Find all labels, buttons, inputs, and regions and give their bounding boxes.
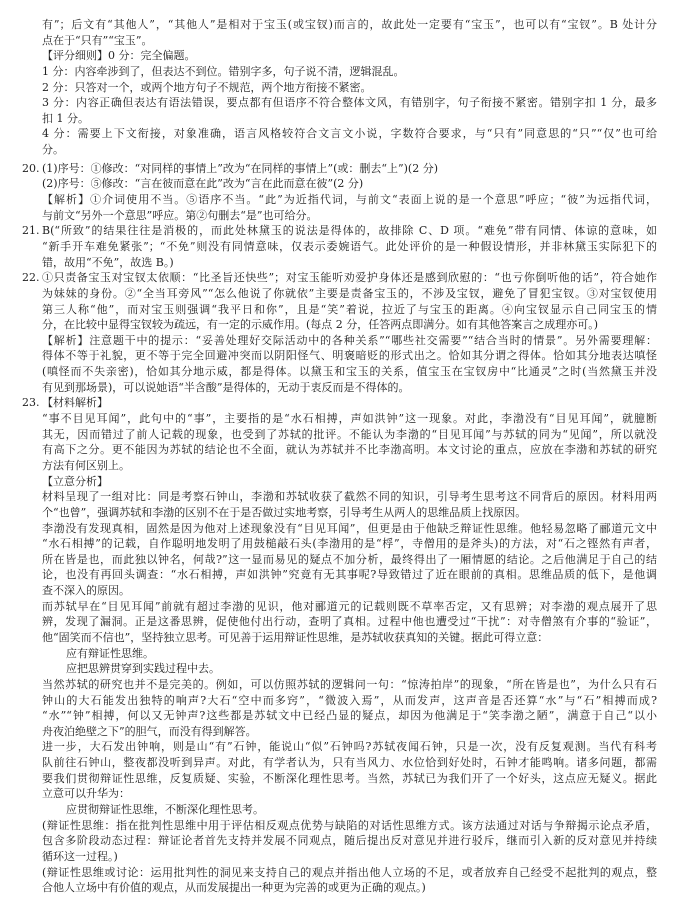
q22-row: 22.①只责备宝玉对宝钗太依顺：“比圣旨还快些”；对宝玉能听劝爱护身体还是感到欣… xyxy=(0,270,657,286)
q23-libo: 论，也没有再回头调查：“水石相搏，声如洪钟”究竟有无其事呢?导致错过了近在眼前的… xyxy=(0,567,657,583)
q23-critique: 当然苏轼的研究也并不是完美的。例如，可以仿照苏轼的逻辑问一句：“惊涛拍岸”的现象… xyxy=(0,677,657,693)
text-line: 所在皆是也，而此独以钟名，何哉?”这一显而易见的疑点不加分析，最终得出了一厢情愿… xyxy=(42,552,657,568)
text-line: 个“也曾”，强调苏轼和李渤的区别不在于是否做过实地考察，引导考生从两人的思维品质… xyxy=(42,505,657,521)
text-line: 有高下之分。更不能因为苏轼的结论也不全面，就认为苏轼并不比李渤高明。本文讨论的重… xyxy=(42,442,657,458)
q22-row: 分，在比较中显得宝钗较为疏远，有一定的示威作用。(每点 2 分，任答两点即满分。… xyxy=(0,317,657,333)
text-line: 立意可以升华为： xyxy=(42,786,657,802)
rubric-row-1: 1 分：内容牵涉到了，但表达不到位。错别字多，句子说不清，逻辑混乱。 xyxy=(0,64,657,80)
q23-note-1: (辩证性思维：指在批判性思维中用于评估相反观点优势与缺陷的对话性思维方式。该方法… xyxy=(0,818,657,834)
rubric-row-4: 分。 xyxy=(0,142,657,158)
rubric-row-3: 扣 1 分。 xyxy=(0,111,657,127)
text-line: 查不深入的原因。 xyxy=(42,583,657,599)
q20-row: (2)序号：⑤修改：“言在彼而意在此”改为“言在此而意在彼”(2 分) xyxy=(0,176,657,192)
text-line: 方法有何区别上。 xyxy=(42,458,657,474)
q20-analysis: 与前文“另外一个意思”呼应。第②句删去“是”也可给分。 xyxy=(0,208,657,224)
q23-sushi: 他“固笑而不信也”，坚持独立思考。可见善于运用辩证性思维，是苏轼收获真知的关键。… xyxy=(0,630,657,646)
text-line: 第三人称“他”，而对宝玉则强调“我平日和你”，且是“笑”着说，拉近了与宝玉的距离… xyxy=(42,302,657,318)
text-line: “水”“钟”相搏，何以又无钟声?这些都是苏轼文中已经凸显的疑点，却因为他满足于“… xyxy=(42,708,657,724)
q23-further: 进一步，大石发出钟响，则是山“有”石钟，能说山“似”石钟吗?苏轼夜闻石钟，只是一… xyxy=(0,739,657,755)
q22-row: 为妹妹的身份。②“全当耳旁风”“怎么他说了你就依”主要是责备宝玉的，不涉及宝钗，… xyxy=(0,286,657,302)
text-line: 要我们贯彻辩证性思维，反复质疑、实验，不断深化理性思考。当然，苏轼已为我们开了一… xyxy=(42,771,657,787)
q23-theme: 【立意分析】 xyxy=(0,474,657,490)
q22-analysis: (嗔怪而不失亲密)，恰如其分地示威，都是得体。以黛玉和宝玉的关系，值宝玉在宝钗房… xyxy=(0,364,657,380)
rubric-score-4: 4 分：需要上下文衔接，对象准确，语言风格较符合文言文小说，字数符合要求，与“只… xyxy=(42,126,657,142)
rubric-title: 【评分细则】 xyxy=(42,49,108,62)
text-line: “水石相搏”的记载，自作聪明地发明了用鼓槌敲石头(李渤用的是“桴”，寺僧用的是斧… xyxy=(42,536,657,552)
rubric-row-2: 2 分：只答对一个，或两个地方句子不规范，两个地方衔接不紧密。 xyxy=(0,80,657,96)
text-line: 当然苏轼的研究也并不是完美的。例如，可以仿照苏轼的逻辑问一句：“惊涛拍岸”的现象… xyxy=(42,677,657,693)
q23-sushi: 而苏轼早在“目见耳闻”前就有超过李渤的见识，他对郦道元的记载则既不草率否定，又有… xyxy=(0,599,657,615)
rubric-score-0: 0 分：完全偏题。 xyxy=(108,49,196,62)
q23-row: 23.【材料解析】 xyxy=(0,395,657,411)
text-line: 队前往石钟山，整夜都没听到异声。对此，有学者认为，只有当风力、水位恰到好处时，石… xyxy=(42,755,657,771)
question-number: 22. xyxy=(22,270,40,286)
q23-contrast: 材料呈现了一组对比：同是考察石钟山，李渤和苏轼收获了截然不同的知识，引导考生思考… xyxy=(0,489,657,505)
q23-libo: “水石相搏”的记载，自作聪明地发明了用鼓槌敲石头(李渤用的是“桴”，寺僧用的是斧… xyxy=(0,536,657,552)
text-line: B(“所致”的结果往往是消极的，而此处林黛玉的说法是得体的，故排除 C、D 项。… xyxy=(42,223,657,239)
text-line: 得体不等于礼貌，更不等于完全回避冲突而以阴阳怪气、明褒暗贬的形式出之。恰如其分谓… xyxy=(42,348,657,364)
rubric-row-3: 3 分：内容正确但表达有语法错误，要点都有但语序不符合整体文风，有错别字，句子衔… xyxy=(0,95,657,111)
section-heading-material: 【材料解析】 xyxy=(42,395,657,411)
text-line: 李渤没有发现真相，固然是因为他对上述现象没有“目见耳闻”，但更是由于他缺乏辩证性… xyxy=(42,521,657,537)
question-number: 23. xyxy=(22,395,40,411)
text-line: 论，也没有再回头调查：“水石相搏，声如洪钟”究竟有无其事呢?导致错过了近在眼前的… xyxy=(42,567,657,583)
q21-row: 21.B(“所致”的结果往往是消极的，而此处林黛玉的说法是得体的，故排除 C、D… xyxy=(0,223,657,239)
note-line: 包含多阶段动态过程：辩证论者首先支持并发展不同观点，随后提出反对意见并进行驳斥，… xyxy=(42,833,657,849)
q23-material: 有高下之分。更不能因为苏轼的结论也不全面，就认为苏轼并不比李渤高明。本文讨论的重… xyxy=(0,442,657,458)
text-line: (嗔怪而不失亲密)，恰如其分地示威，都是得体。以黛玉和宝玉的关系，值宝玉在宝钗房… xyxy=(42,364,657,380)
rubric-score-3: 扣 1 分。 xyxy=(42,111,657,127)
rubric-score-4: 分。 xyxy=(42,142,657,158)
thesis-line: 应把思辨贯穿到实践过程中去。 xyxy=(66,661,657,677)
q19-analysis: 点在于“只有”“宝玉”。 xyxy=(0,33,657,49)
text-line: 为妹妹的身份。②“全当耳旁风”“怎么他说了你就依”主要是责备宝玉的，不涉及宝钗，… xyxy=(42,286,657,302)
q23-further: 立意可以升华为： xyxy=(0,786,657,802)
note-line: (辩证性思维或讨论：运用批判性的洞见来支持自己的观点并指出他人立场的不足，或者放… xyxy=(42,865,657,881)
answer-document-page: 有”；后文有“其他人”，“其他人”是相对于宝玉(或宝钗)而言的，故此处一定要有“… xyxy=(0,0,692,907)
text-line: “事不目见耳闻”，此句中的“事”，主要指的是“水石相搏，声如洪钟”这一现象。对此… xyxy=(42,411,657,427)
text-line: 舟夜泊绝壁之下”的胆气，而没有得到解答。 xyxy=(42,724,657,740)
q22-row: 第三人称“他”，而对宝玉则强调“我平日和你”，且是“笑”着说，拉近了与宝玉的距离… xyxy=(0,302,657,318)
text-line: 【解析】①介词使用不当。⑤语序不当。“此”为近指代词，与前文“表面上说的是一个意… xyxy=(42,192,657,208)
q23-libo: 查不深入的原因。 xyxy=(0,583,657,599)
q23-thesis: 应有辩证性思维。 xyxy=(0,646,657,662)
q22-analysis: 得体不等于礼貌，更不等于完全回避冲突而以阴阳怪气、明褒暗贬的形式出之。恰如其分谓… xyxy=(0,348,657,364)
note-line: 循环这一过程。) xyxy=(42,849,657,865)
text-line: 钟山的大石能发出独特的响声?大石“空中而多窍”，“微波入焉”，从而发声，这声音是… xyxy=(42,693,657,709)
rubric-score-2: 2 分：只答对一个，或两个地方句子不规范，两个地方衔接不紧密。 xyxy=(42,80,657,96)
q21-row: “新手开车难免紧张”；“不免”则没有同情意味，仅表示委婉语气。此处评价的是一种假… xyxy=(0,239,657,255)
text-line: “新手开车难免紧张”；“不免”则没有同情意味，仅表示委婉语气。此处评价的是一种假… xyxy=(42,239,657,255)
q22-analysis: 有见到那场景)，可以说她语“半含酸”是得体的，无动于衷反而是不得体的。 xyxy=(0,380,657,396)
text-line: 有见到那场景)，可以说她语“半含酸”是得体的，无动于衷反而是不得体的。 xyxy=(42,380,657,396)
q23-thesis: 应把思辨贯穿到实践过程中去。 xyxy=(0,661,657,677)
text-line: 而苏轼早在“目见耳闻”前就有超过李渤的见识，他对郦道元的记载则既不草率否定，又有… xyxy=(42,599,657,615)
thesis-line: 应贯彻辩证性思维，不断深化理性思考。 xyxy=(66,802,657,818)
q19-analysis: 有”；后文有“其他人”，“其他人”是相对于宝玉(或宝钗)而言的，故此处一定要有“… xyxy=(0,17,657,33)
text-line: 进一步，大石发出钟响，则是山“有”石钟，能说山“似”石钟吗?苏轼夜闻石钟，只是一… xyxy=(42,739,657,755)
rubric-score-1: 1 分：内容牵涉到了，但表达不到位。错别字多，句子说不清，逻辑混乱。 xyxy=(42,64,657,80)
q23-elevated-thesis: 应贯彻辩证性思维，不断深化理性思考。 xyxy=(0,802,657,818)
text-line: 分，在比较中显得宝钗较为疏远，有一定的示威作用。(每点 2 分，任答两点即满分。… xyxy=(42,317,657,333)
text-line: 材料呈现了一组对比：同是考察石钟山，李渤和苏轼收获了截然不同的知识，引导考生思考… xyxy=(42,489,657,505)
q23-contrast: 个“也曾”，强调苏轼和李渤的区别不在于是否做过实地考察，引导考生从两人的思维品质… xyxy=(0,505,657,521)
q23-libo: 所在皆是也，而此独以钟名，何哉?”这一显而易见的疑点不加分析，最终得出了一厢情愿… xyxy=(0,552,657,568)
section-heading-theme: 【立意分析】 xyxy=(42,474,657,490)
q23-material: 方法有何区别上。 xyxy=(0,458,657,474)
text-line: 辨，发现了漏洞。正是这番思辨，促使他付出行动，查明了真相。过程中他也遭受过“干扰… xyxy=(42,614,657,630)
q23-critique: 钟山的大石能发出独特的响声?大石“空中而多窍”，“微波入焉”，从而发声，这声音是… xyxy=(0,693,657,709)
rubric-row-4: 4 分：需要上下文衔接，对象准确，语言风格较符合文言文小说，字数符合要求，与“只… xyxy=(0,126,657,142)
q23-note-2: (辩证性思维或讨论：运用批判性的洞见来支持自己的观点并指出他人立场的不足，或者放… xyxy=(0,865,657,881)
question-number: 21. xyxy=(22,223,40,239)
q23-sushi: 辨，发现了漏洞。正是这番思辨，促使他付出行动，查明了真相。过程中他也遭受过“干扰… xyxy=(0,614,657,630)
q23-material: “事不目见耳闻”，此句中的“事”，主要指的是“水石相搏，声如洪钟”这一现象。对此… xyxy=(0,411,657,427)
text-line: 有”；后文有“其他人”，“其他人”是相对于宝玉(或宝钗)而言的，故此处一定要有“… xyxy=(42,17,657,33)
text-line: 【解析】注意题干中的提示：“妥善处理好交际活动中的各种关系”“哪些社交需要”“结… xyxy=(42,333,657,349)
rubric-line: 【评分细则】0 分：完全偏题。 xyxy=(42,48,657,64)
text-line: 错，故用“不免”，故选 B。) xyxy=(42,255,657,271)
note-line: (辩证性思维：指在批判性思维中用于评估相反观点优势与缺陷的对话性思维方式。该方法… xyxy=(42,818,657,834)
q23-further: 要我们贯彻辩证性思维，反复质疑、实验，不断深化理性思考。当然，苏轼已为我们开了一… xyxy=(0,771,657,787)
text-line: 他“固笑而不信也”，坚持独立思考。可见善于运用辩证性思维，是苏轼收获真知的关键。… xyxy=(42,630,657,646)
thesis-line: 应有辩证性思维。 xyxy=(66,646,657,662)
q23-note-1: 包含多阶段动态过程：辩证论者首先支持并发展不同观点，随后提出反对意见并进行驳斥，… xyxy=(0,833,657,849)
q23-critique: “水”“钟”相搏，何以又无钟声?这些都是苏轼文中已经凸显的疑点，却因为他满足于“… xyxy=(0,708,657,724)
q20-answer-2: (2)序号：⑤修改：“言在彼而意在此”改为“言在此而意在彼”(2 分) xyxy=(42,176,657,192)
q20-analysis: 【解析】①介词使用不当。⑤语序不当。“此”为近指代词，与前文“表面上说的是一个意… xyxy=(0,192,657,208)
q20-row: 20.(1)序号：①修改：“对同样的事情上”改为“在同样的事情上”(或：删去“上… xyxy=(0,161,657,177)
text-line: 与前文“另外一个意思”呼应。第②句删去“是”也可给分。 xyxy=(42,208,657,224)
q22-analysis: 【解析】注意题干中的提示：“妥善处理好交际活动中的各种关系”“哪些社交需要”“结… xyxy=(0,333,657,349)
text-line: 其无，因而错过了前人记载的现象，也受到了苏轼的批评。不能认为李渤的“目见耳闻”与… xyxy=(42,427,657,443)
q23-further: 队前往石钟山，整夜都没听到异声。对此，有学者认为，只有当风力、水位恰到好处时，石… xyxy=(0,755,657,771)
q21-row: 错，故用“不免”，故选 B。) xyxy=(0,255,657,271)
note-line: 合他人立场中有价值的观点，从而发展提出一种更为完善的或更为正确的观点。) xyxy=(42,880,657,896)
q20-answer-1: (1)序号：①修改：“对同样的事情上”改为“在同样的事情上”(或：删去“上”)(… xyxy=(42,161,657,177)
q23-material: 其无，因而错过了前人记载的现象，也受到了苏轼的批评。不能认为李渤的“目见耳闻”与… xyxy=(0,427,657,443)
q23-libo: 李渤没有发现真相，固然是因为他对上述现象没有“目见耳闻”，但更是由于他缺乏辩证性… xyxy=(0,521,657,537)
question-number: 20. xyxy=(22,161,40,177)
text-line: 点在于“只有”“宝玉”。 xyxy=(42,33,657,49)
text-line: ①只责备宝玉对宝钗太依顺：“比圣旨还快些”；对宝玉能听劝爱护身体还是感到欣慰的：… xyxy=(42,270,657,286)
rubric-row-0: 【评分细则】0 分：完全偏题。 xyxy=(0,48,657,64)
q23-critique: 舟夜泊绝壁之下”的胆气，而没有得到解答。 xyxy=(0,724,657,740)
q23-note-2: 合他人立场中有价值的观点，从而发展提出一种更为完善的或更为正确的观点。) xyxy=(0,880,657,896)
q23-note-1: 循环这一过程。) xyxy=(0,849,657,865)
rubric-score-3: 3 分：内容正确但表达有语法错误，要点都有但语序不符合整体文风，有错别字，句子衔… xyxy=(42,95,657,111)
